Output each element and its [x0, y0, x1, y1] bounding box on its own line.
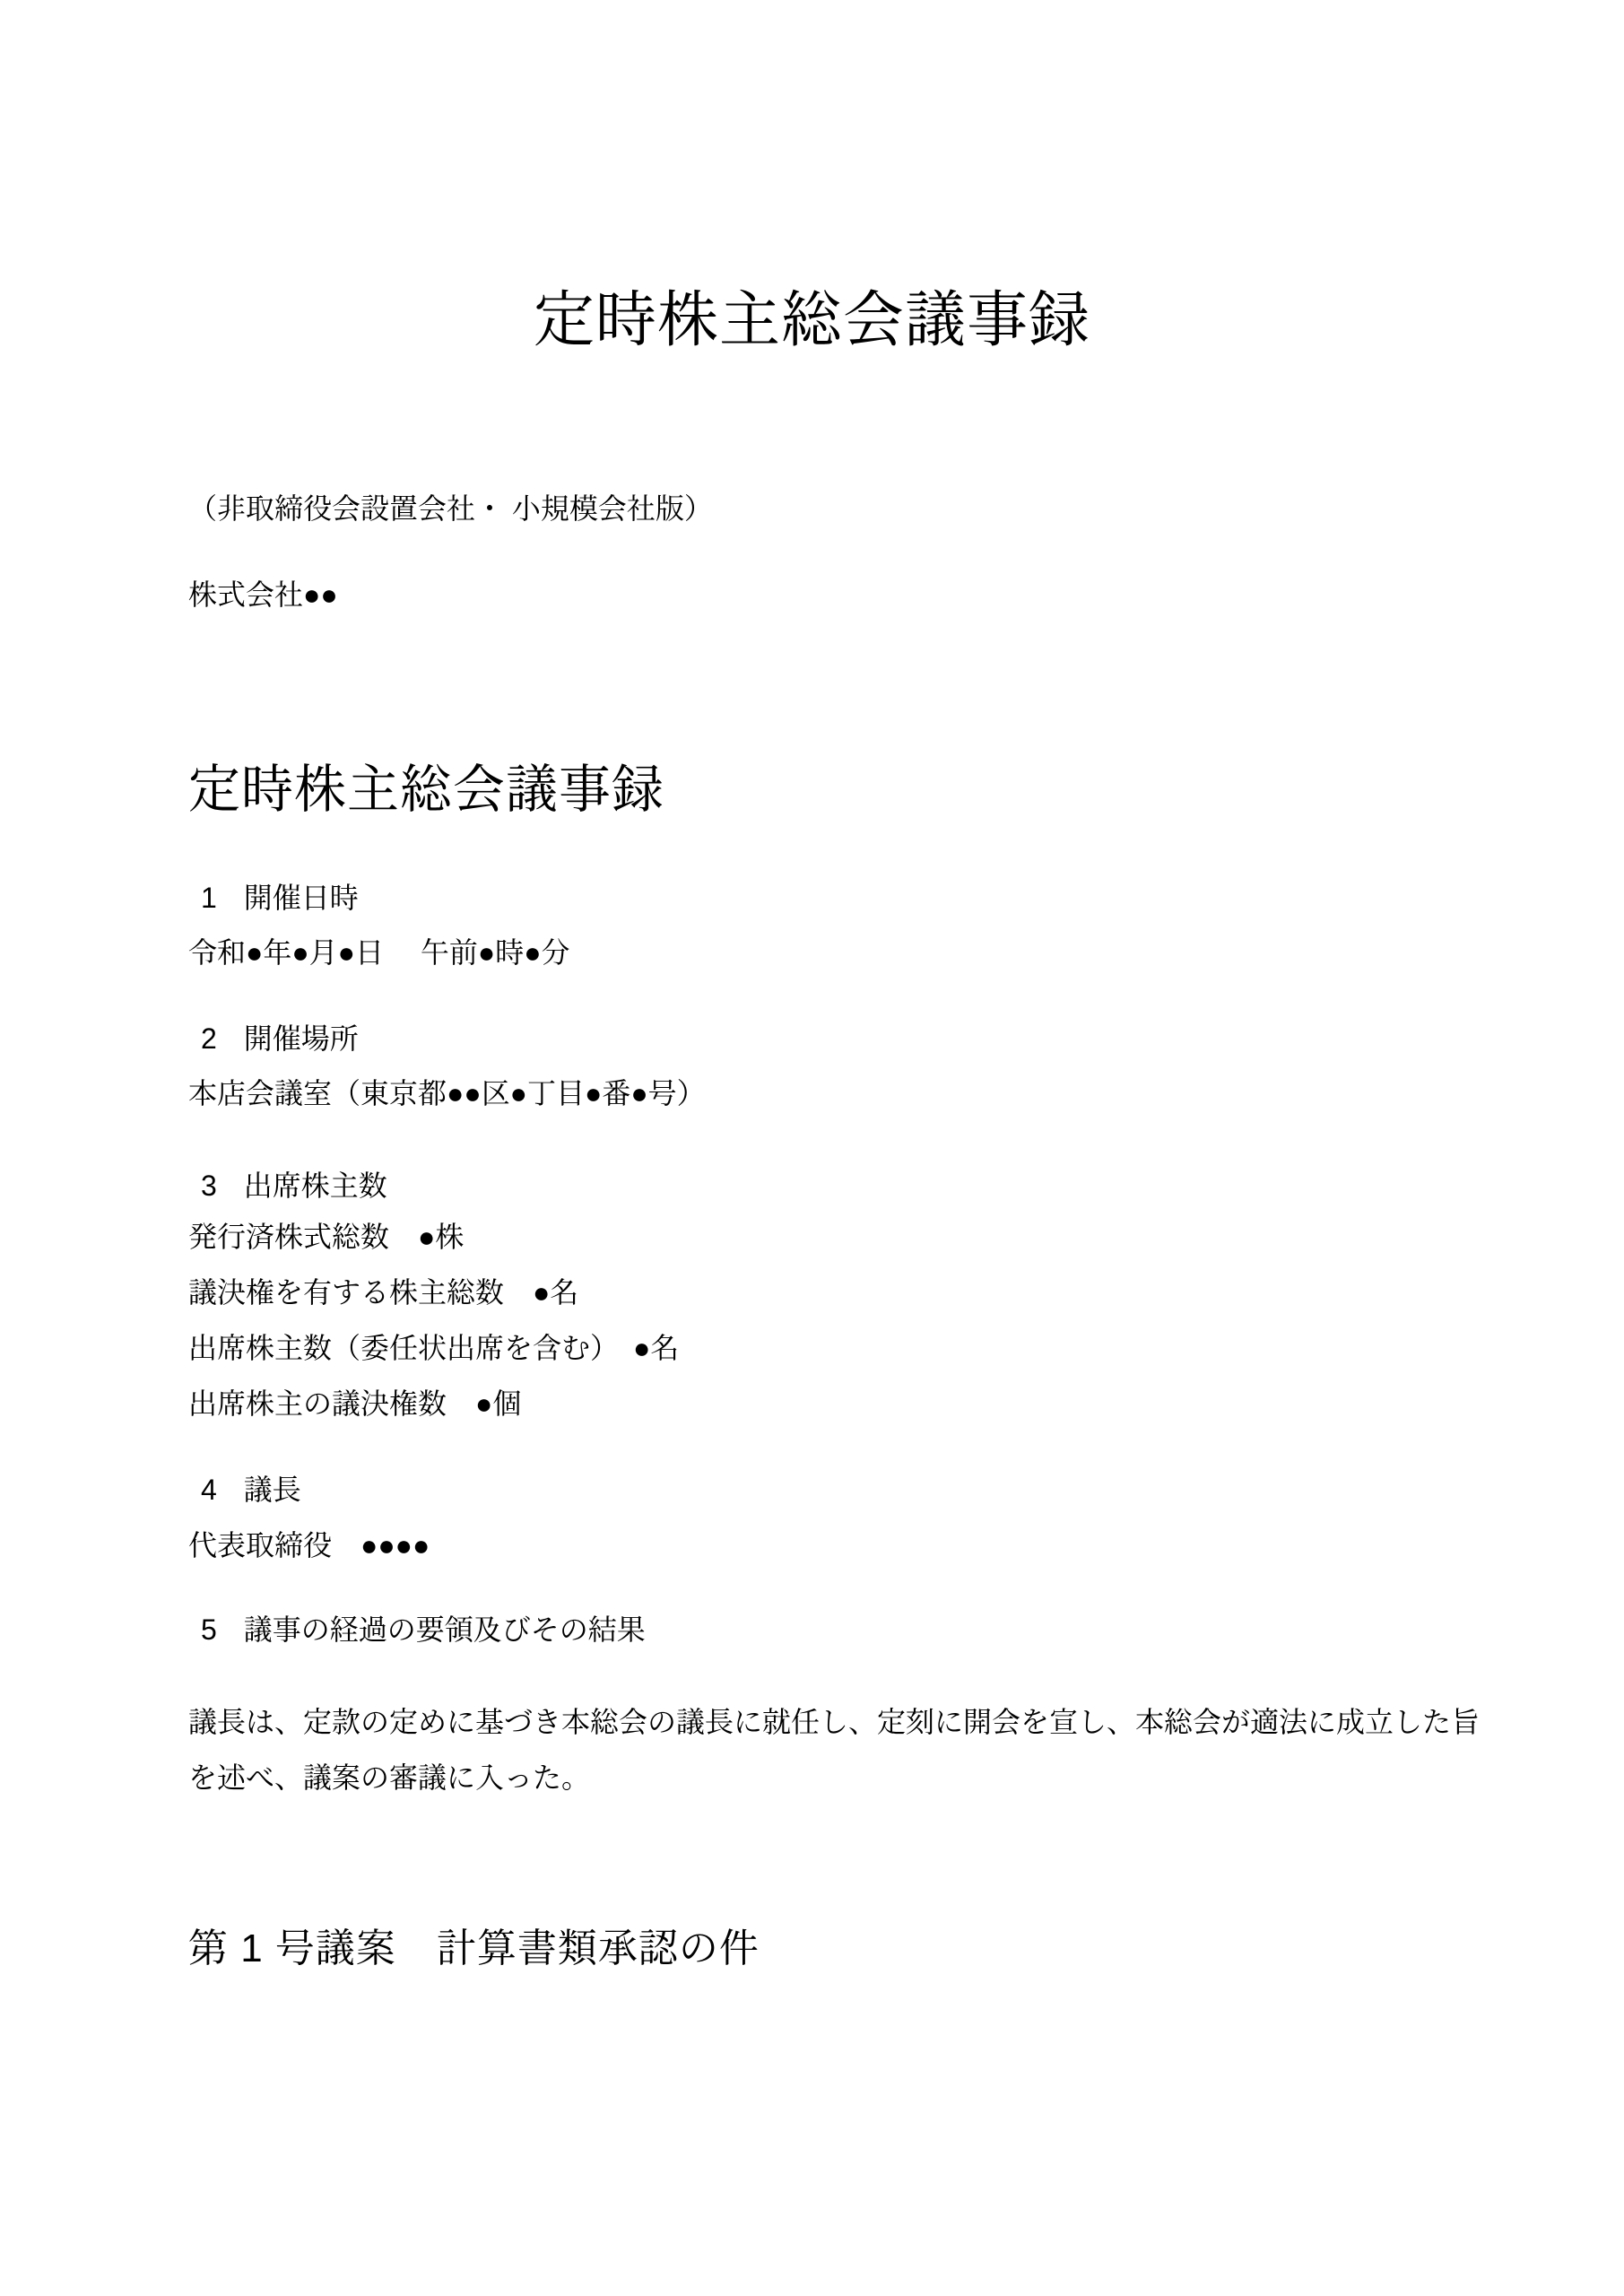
document-subtitle: （非取締役会設置会社・ 小規模会社版） [188, 492, 713, 526]
item-3-line-3: 出席株主数（委任状出席を含む） ●名 [188, 1332, 679, 1365]
item-2-heading: 2開催場所 [188, 1022, 359, 1056]
item-4-label: 議長 [244, 1474, 301, 1506]
item-1-heading: 1開催日時 [188, 882, 359, 915]
item-2-label: 開催場所 [244, 1022, 359, 1055]
item-5-label: 議事の経過の要領及びその結果 [244, 1613, 646, 1646]
proposal-heading: 第 1 号議案 計算書類承認の件 [188, 1926, 760, 1972]
item-5-heading: 5議事の経過の要領及びその結果 [188, 1613, 646, 1647]
item-3-number: 3 [201, 1170, 217, 1202]
item-3-line-4: 出席株主の議決権数 ●個 [188, 1387, 521, 1421]
item-3-line-2: 議決権を有する株主総数 ●名 [188, 1276, 578, 1309]
item-1-label: 開催日時 [244, 882, 359, 914]
item-2-number: 2 [201, 1022, 217, 1055]
company-name: 株式会社●● [188, 578, 338, 612]
item-1-number: 1 [201, 882, 217, 914]
item-3-line-1: 発行済株式総数 ●株 [188, 1221, 464, 1254]
document-page: 定時株主総会議事録 （非取締役会設置会社・ 小規模会社版） 株式会社●● 定時株… [0, 0, 1624, 2296]
item-4-heading: 4議長 [188, 1474, 301, 1507]
proceedings-paragraph: 議長は、定款の定めに基づき本総会の議長に就任し、定刻に開会を宣し、本総会が適法に… [188, 1694, 1498, 1805]
item-5-number: 5 [201, 1613, 217, 1646]
section-heading: 定時株主総会議事録 [188, 761, 664, 821]
document-title: 定時株主総会議事録 [0, 285, 1624, 355]
item-3-heading: 3出席株主数 [188, 1170, 387, 1203]
item-4-number: 4 [201, 1474, 217, 1506]
item-3-label: 出席株主数 [244, 1170, 387, 1202]
item-2-line-1: 本店会議室（東京都●●区●丁目●番●号） [188, 1077, 706, 1110]
item-1-line-1: 令和●年●月●日 午前●時●分 [188, 936, 570, 970]
item-4-line-1: 代表取締役 ●●●● [188, 1529, 430, 1562]
